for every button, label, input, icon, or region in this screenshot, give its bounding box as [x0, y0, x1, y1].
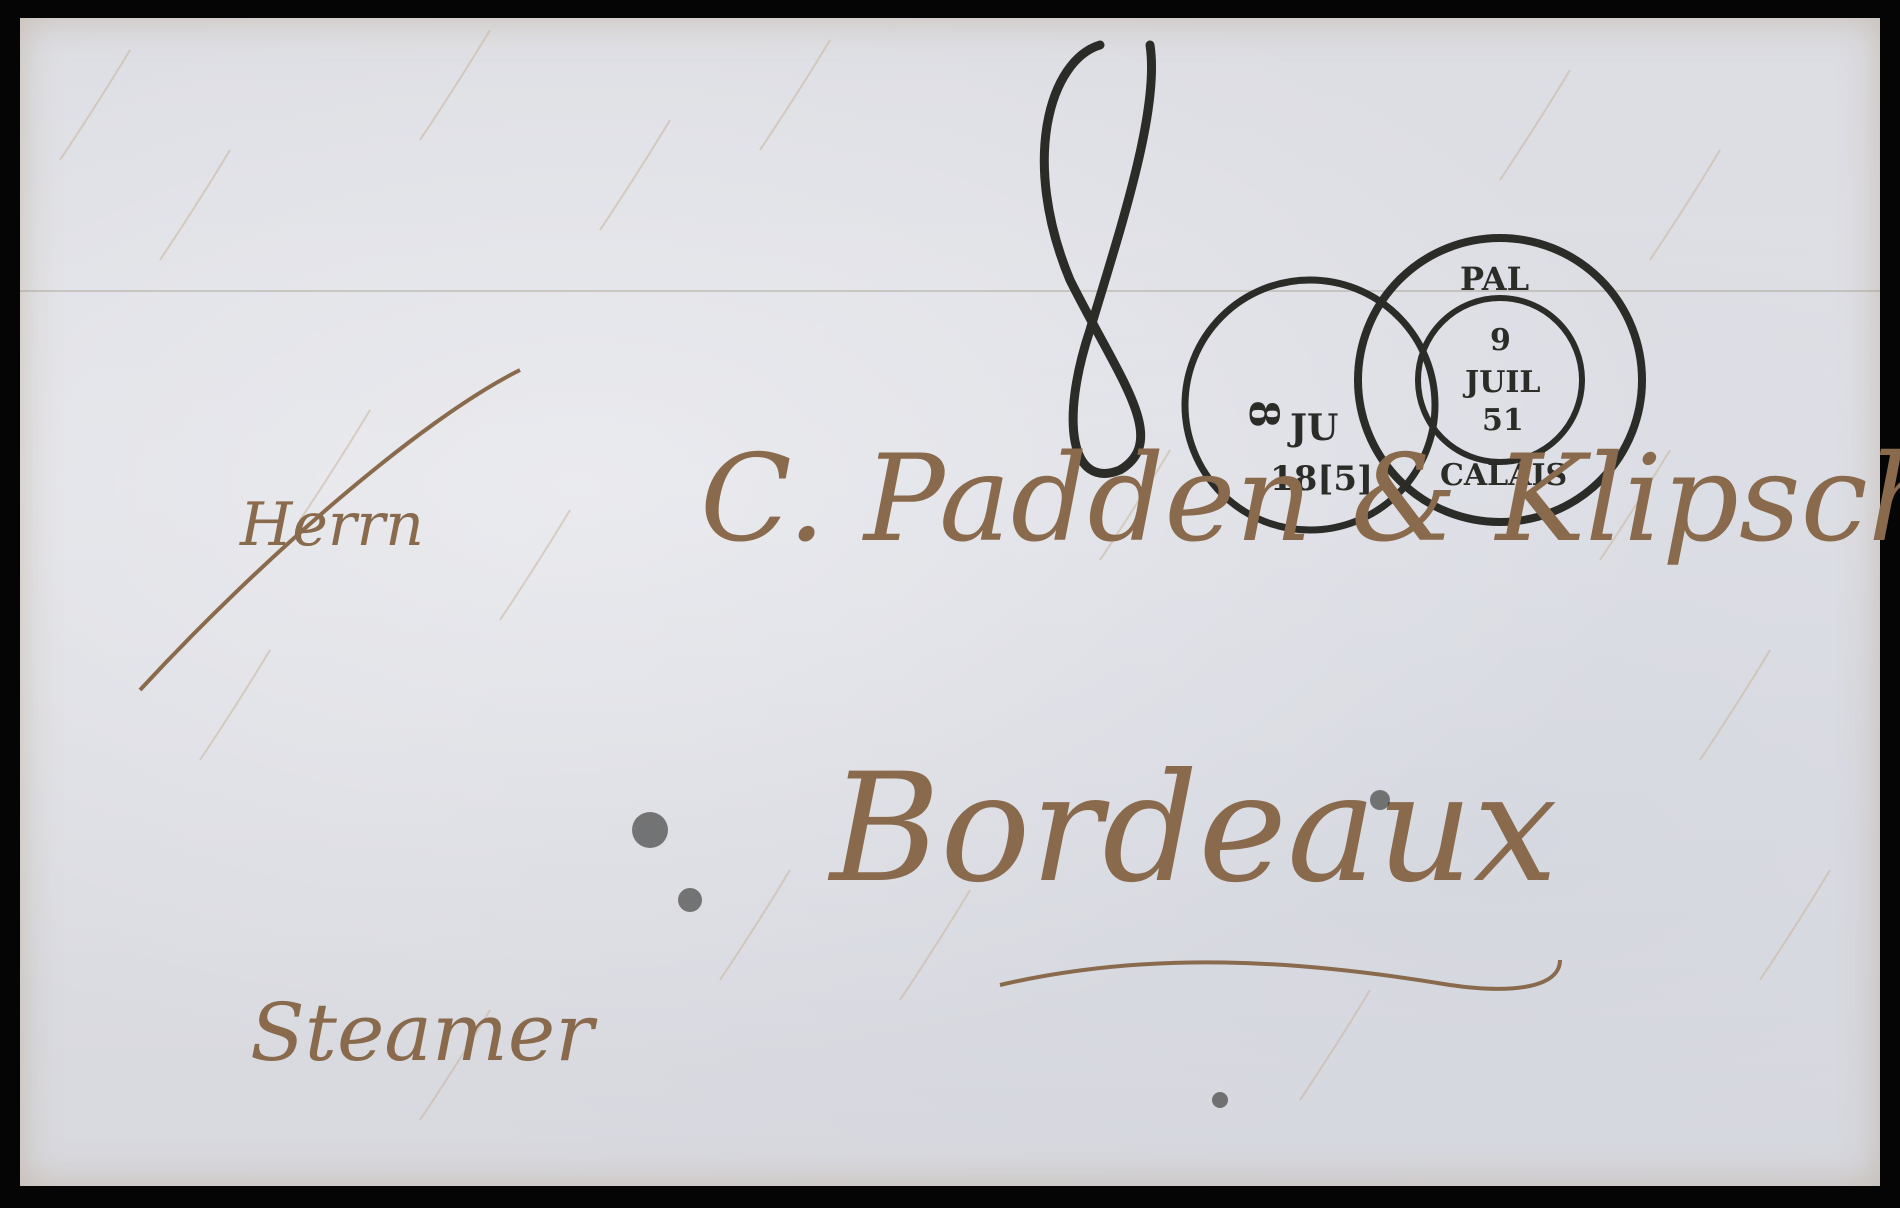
show-through-script	[60, 30, 1830, 1120]
city: Bordeaux	[827, 742, 1558, 916]
underline-flourish	[1000, 960, 1560, 989]
letter-markings: 8 JU 18[5] PAL 9 JUIL 51 CALAIS Herrn C.…	[0, 0, 1900, 1208]
svg-text:JUIL: JUIL	[1462, 365, 1540, 400]
manuscript-address: Herrn C. Padden & Klipsch Bordeaux Steam…	[239, 430, 1900, 1079]
svg-text:8: 8	[1240, 400, 1287, 428]
routing: Steamer	[250, 986, 598, 1079]
addressee: C. Padden & Klipsch	[700, 430, 1900, 569]
salutation: Herrn	[239, 490, 424, 560]
svg-text:PAL: PAL	[1460, 260, 1529, 298]
svg-text:9: 9	[1490, 323, 1511, 358]
rate-numeral-8	[1044, 45, 1151, 473]
